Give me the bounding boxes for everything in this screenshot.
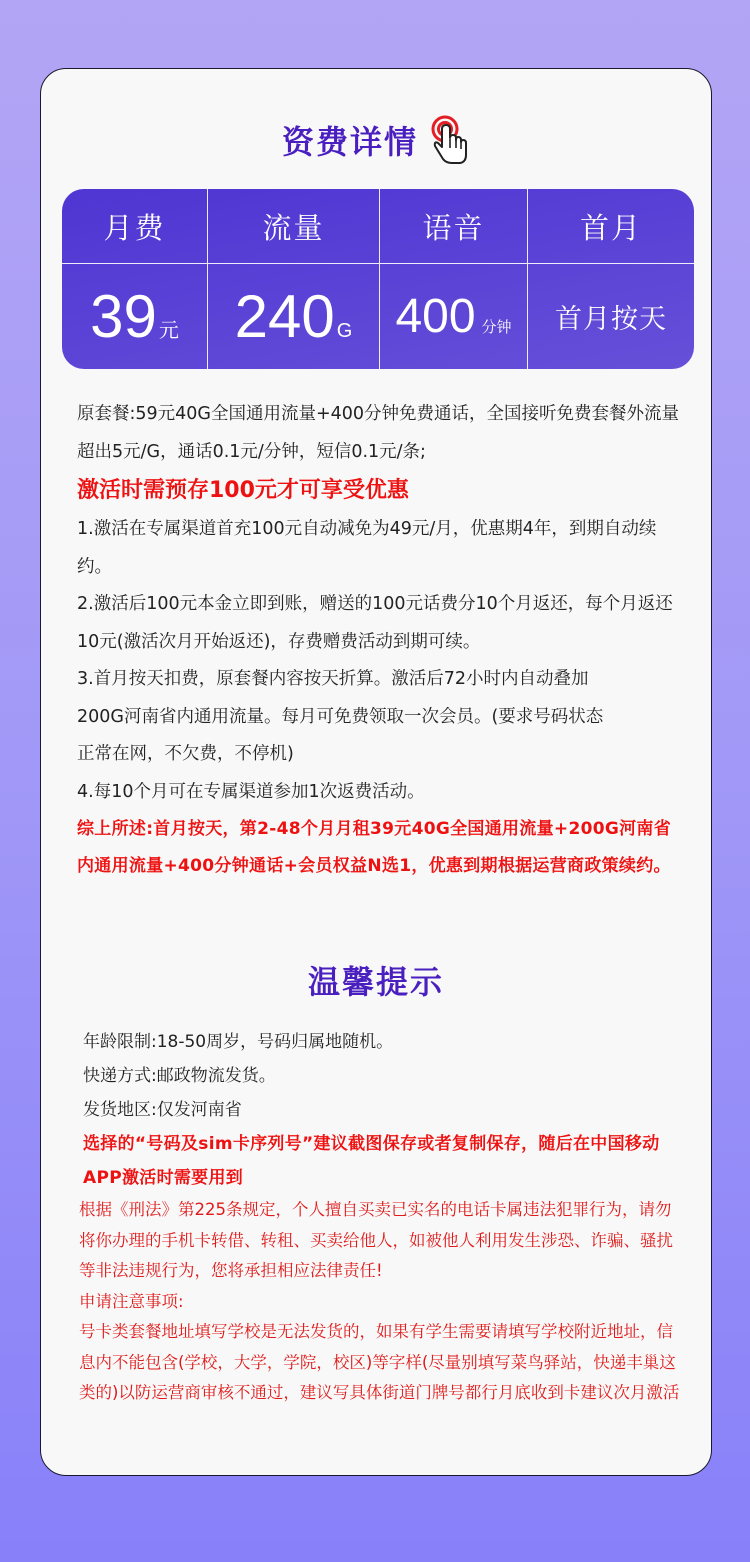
fee-table: 月费 流量 语音 首月 39 元 240 G 400 分钟 首月按天 [62,189,694,369]
header-voice: 语音 [380,189,528,264]
first-month-value: 首月按天 [528,264,694,369]
save-sim-notice: 选择的“号码及sim卡序列号”建议截图保存或者复制保存，随后在中国移动APP激活… [83,1127,687,1195]
data-number: 240 [235,287,335,347]
voice-unit: 分钟 [482,316,512,337]
header-data: 流量 [208,189,380,264]
first-month-text: 首月按天 [555,297,667,336]
data-value: 240 G [208,264,380,369]
tips-content: 年龄限制:18-50周岁，号码归属地随机。 快递方式:邮政物流发货。 发货地区:… [83,1025,687,1409]
fee-details-heading: 资费详情 [41,115,711,165]
detail-item-4: 4.每10个月可在专属渠道参加1次返费活动。 [77,774,687,812]
age-limit-text: 年龄限制:18-50周岁，号码归属地随机。 [83,1025,687,1059]
hand-pointer-click-icon [428,115,470,165]
header-monthly-fee: 月费 [62,189,208,264]
header-first-month: 首月 [528,189,694,264]
detail-item-2: 2.激活后100元本金立即到账，赠送的100元话费分10个月返还，每个月返还10… [77,586,687,661]
original-plan-text: 原套餐:59元40G全国通用流量+400分钟免费通话，全国接听免费套餐外流量超出… [77,396,687,471]
detail-item-1: 1.激活在专属渠道首充100元自动减免为49元/月，优惠期4年，到期自动续约。 [77,511,687,586]
data-unit: G [337,320,353,343]
voice-number: 400 [395,293,475,341]
plan-details: 原套餐:59元40G全国通用流量+400分钟免费通话，全国接听免费套餐外流量超出… [77,396,687,885]
monthly-fee-unit: 元 [159,314,179,343]
fee-details-title: 资费详情 [282,117,418,163]
prestore-notice: 激活时需预存100元才可享受优惠 [77,471,687,511]
plan-detail-card: 资费详情 月费 流量 语音 首月 39 元 [40,68,712,1476]
delivery-method-text: 快递方式:邮政物流发货。 [83,1059,687,1093]
summary-text: 综上所述:首月按天，第2-48个月月租39元40G全国通用流量+200G河南省内… [77,811,687,885]
legal-notice: 根据《刑法》第225条规定，个人擅自买卖已实名的电话卡属违法犯罪行为，请勿将你办… [79,1195,687,1287]
tips-title: 温馨提示 [41,957,711,1003]
detail-item-3: 3.首月按天扣费，原套餐内容按天折算。激活后72小时内自动叠加200G河南省内通… [77,661,687,774]
monthly-fee-value: 39 元 [62,264,208,369]
monthly-fee-number: 39 [90,287,157,347]
application-notes-title: 申请注意事项: [79,1287,687,1318]
delivery-area-text: 发货地区:仅发河南省 [83,1093,687,1127]
voice-value: 400 分钟 [380,264,528,369]
application-notes-text: 号卡类套餐地址填写学校是无法发货的，如果有学生需要请填写学校附近地址，信息内不能… [79,1317,687,1409]
